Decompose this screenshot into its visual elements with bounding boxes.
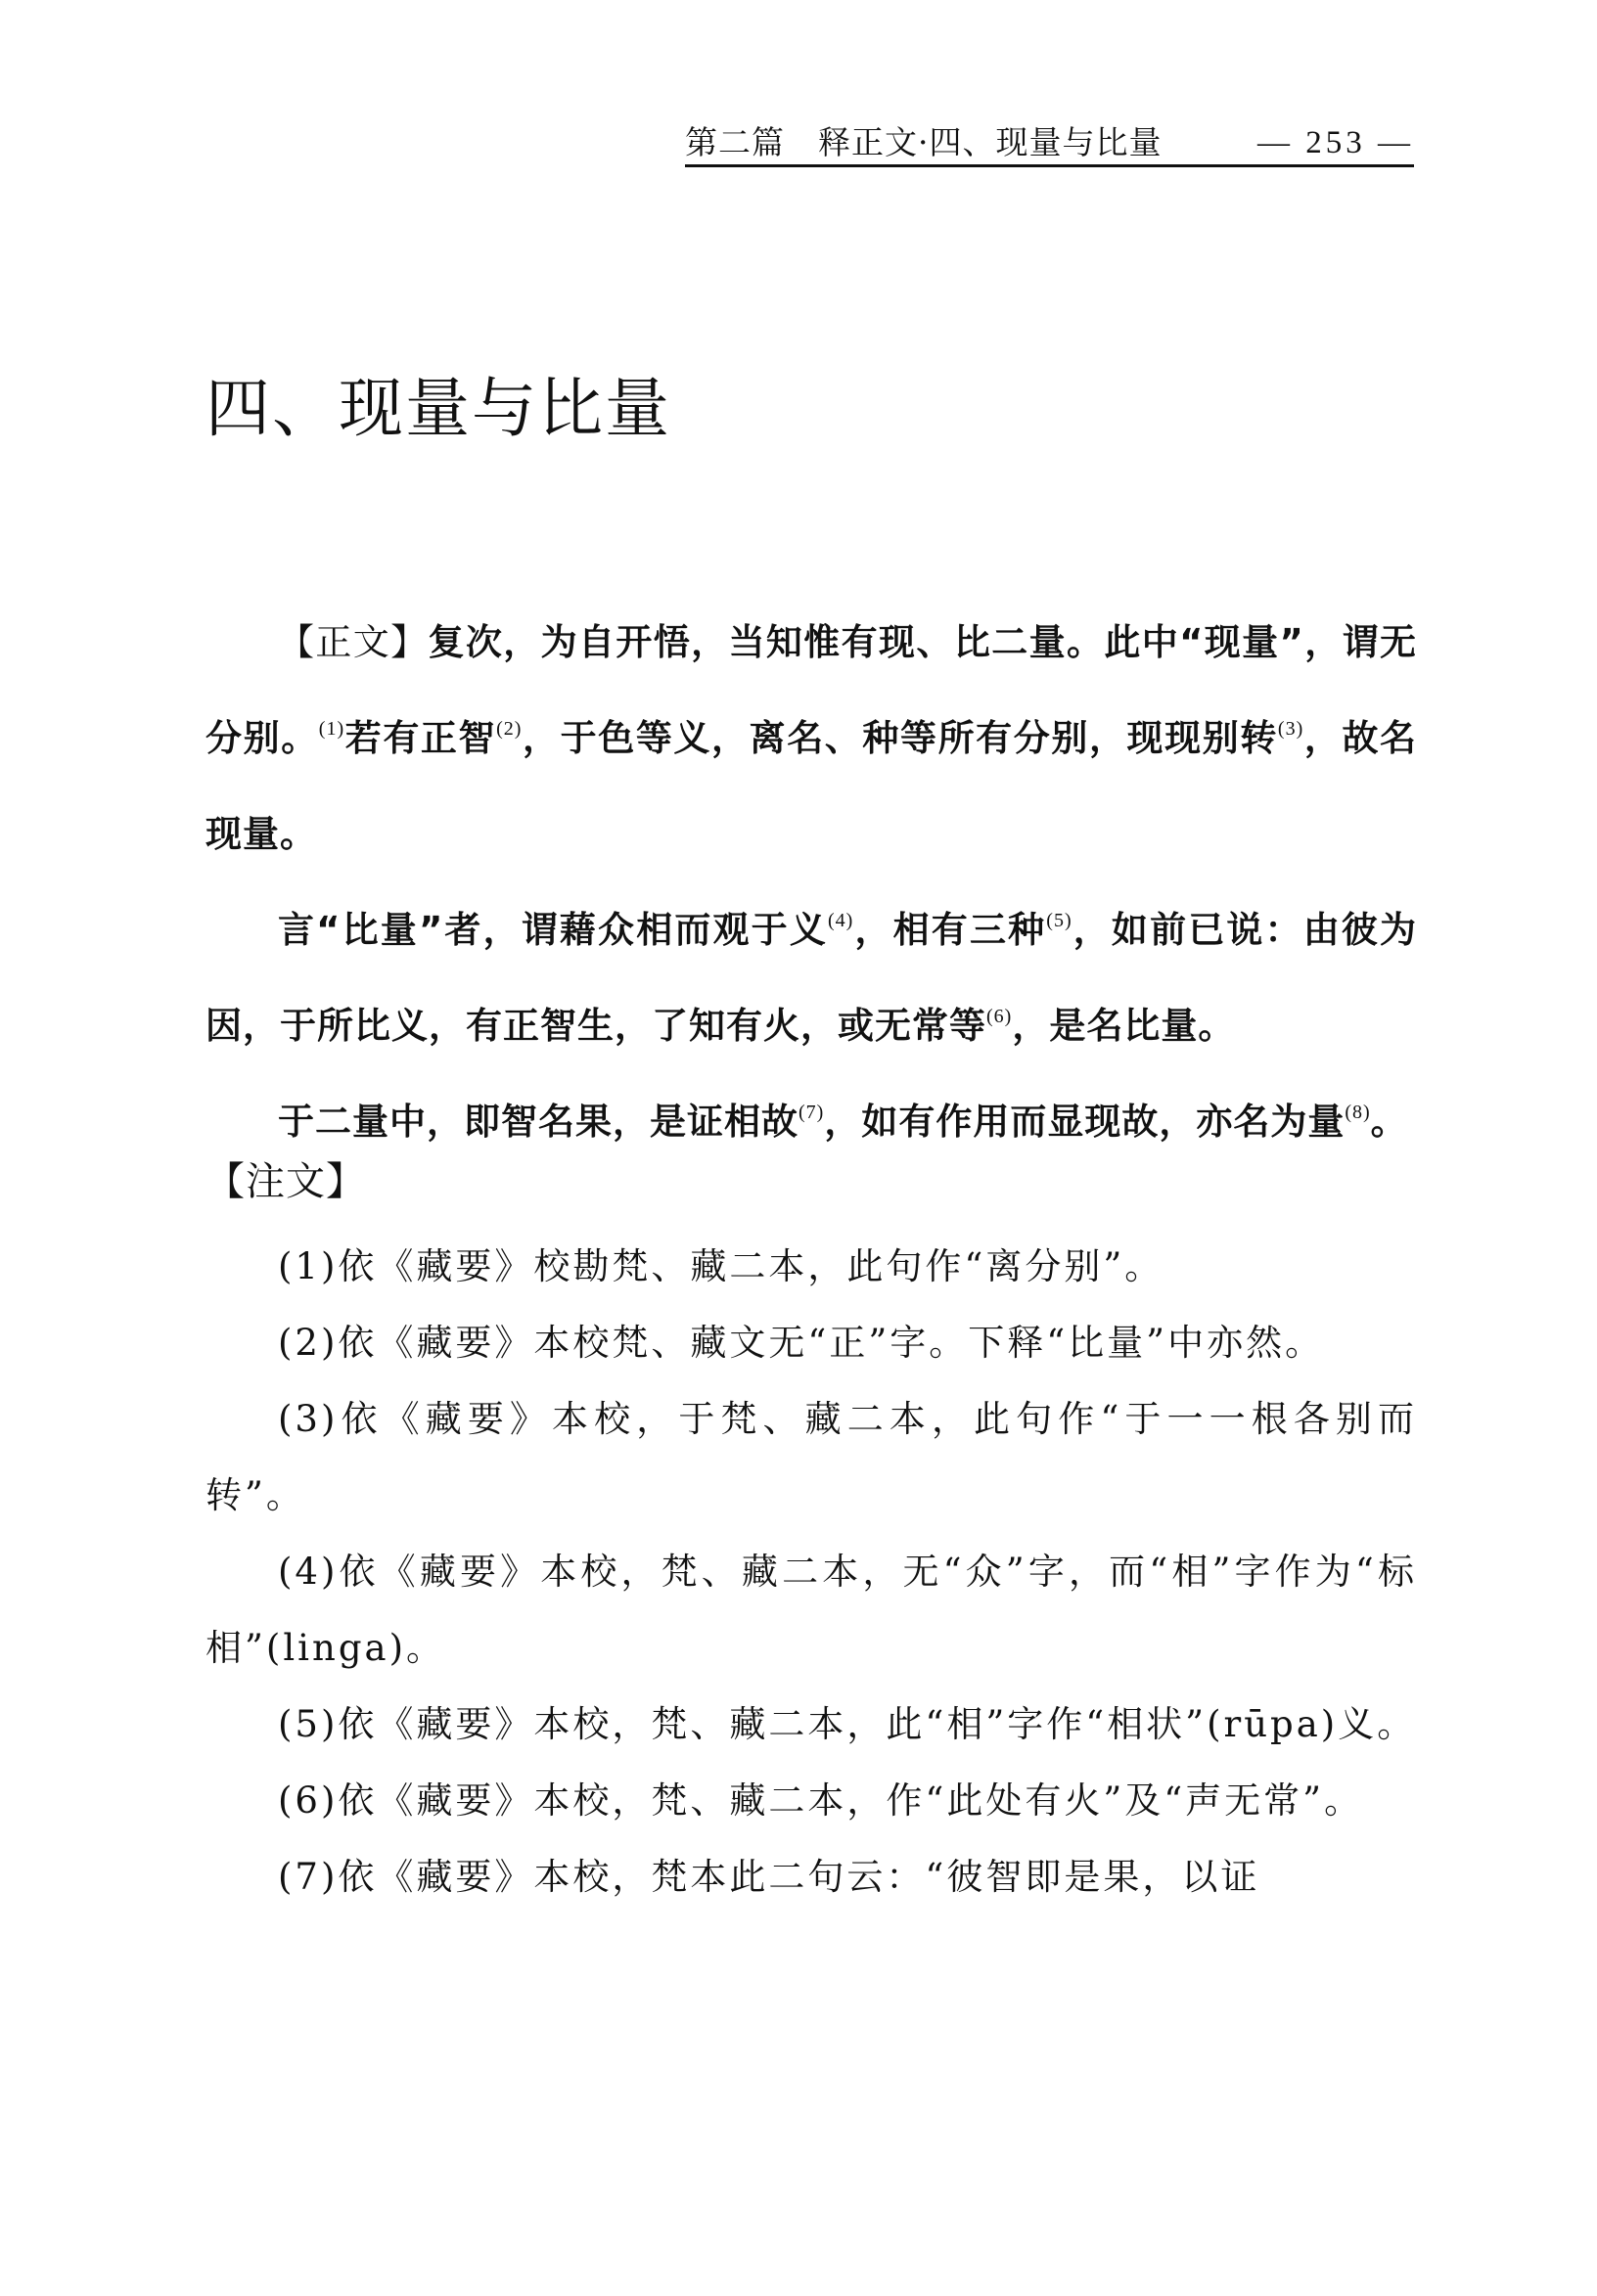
text-segment: ，如有作用而显现故，亦名为量 (824, 1101, 1345, 1143)
footnote-ref-1[interactable]: (1) (319, 718, 344, 740)
note-item-1: (1)依《藏要》校勘梵、藏二本，此句作“离分别”。 (205, 1229, 1417, 1305)
text-segment: 言“比量”者，谓藉众相而观于义 (278, 909, 828, 951)
note-item-4: (4)依《藏要》本校，梵、藏二本，无“众”字，而“相”字作为“标相”(linga… (205, 1534, 1417, 1687)
text-segment: ，是名比量。 (1012, 1005, 1235, 1047)
note-item-6: (6)依《藏要》本校，梵、藏二本，作“此处有火”及“声无常”。 (205, 1763, 1417, 1839)
note-item-7: (7)依《藏要》本校，梵本此二句云：“彼智即是果，以证 (205, 1839, 1417, 1915)
note-item-2: (2)依《藏要》本校梵、藏文无“正”字。下释“比量”中亦然。 (205, 1305, 1417, 1381)
running-title: 第二篇 释正文·四、现量与比量 (685, 121, 1163, 164)
text-segment: 若有正智 (344, 717, 496, 759)
footnote-ref-2[interactable]: (2) (496, 718, 522, 740)
main-text: 【正文】复次，为自开悟，当知惟有现、比二量。此中“现量”，谓无分别。(1)若有正… (205, 595, 1417, 1170)
text-segment: 。 (1371, 1101, 1408, 1143)
footnote-ref-8[interactable]: (8) (1345, 1102, 1370, 1123)
footnote-ref-6[interactable]: (6) (986, 1006, 1012, 1027)
footnote-ref-5[interactable]: (5) (1046, 910, 1072, 931)
main-paragraph-1: 【正文】复次，为自开悟，当知惟有现、比二量。此中“现量”，谓无分别。(1)若有正… (205, 595, 1417, 882)
footnote-ref-3[interactable]: (3) (1278, 718, 1303, 740)
text-segment: ，于色等义，离名、种等所有分别，现现别转 (522, 717, 1277, 759)
page-number: — 253 — (1257, 121, 1414, 164)
main-paragraph-3: 于二量中，即智名果，是证相故(7)，如有作用而显现故，亦名为量(8)。 (205, 1074, 1417, 1170)
text-segment: 于二量中，即智名果，是证相故 (278, 1101, 798, 1143)
footnote-ref-7[interactable]: (7) (798, 1102, 824, 1123)
section-title: 四、现量与比量 (205, 370, 671, 448)
text-segment: ，相有三种 (853, 909, 1046, 951)
footnote-ref-4[interactable]: (4) (828, 910, 853, 931)
notes-list: (1)依《藏要》校勘梵、藏二本，此句作“离分别”。 (2)依《藏要》本校梵、藏文… (205, 1229, 1417, 1915)
running-header: 第二篇 释正文·四、现量与比量 — 253 — (685, 115, 1414, 167)
note-item-5: (5)依《藏要》本校，梵、藏二本，此“相”字作“相状”(rūpa)义。 (205, 1687, 1417, 1763)
notes-heading: 【注文】 (205, 1143, 366, 1221)
main-paragraph-2: 言“比量”者，谓藉众相而观于义(4)，相有三种(5)，如前已说：由彼为因，于所比… (205, 882, 1417, 1074)
main-text-label: 【正文】 (278, 621, 429, 663)
note-item-3: (3)依《藏要》本校，于梵、藏二本，此句作“于一一根各别而转”。 (205, 1381, 1417, 1534)
